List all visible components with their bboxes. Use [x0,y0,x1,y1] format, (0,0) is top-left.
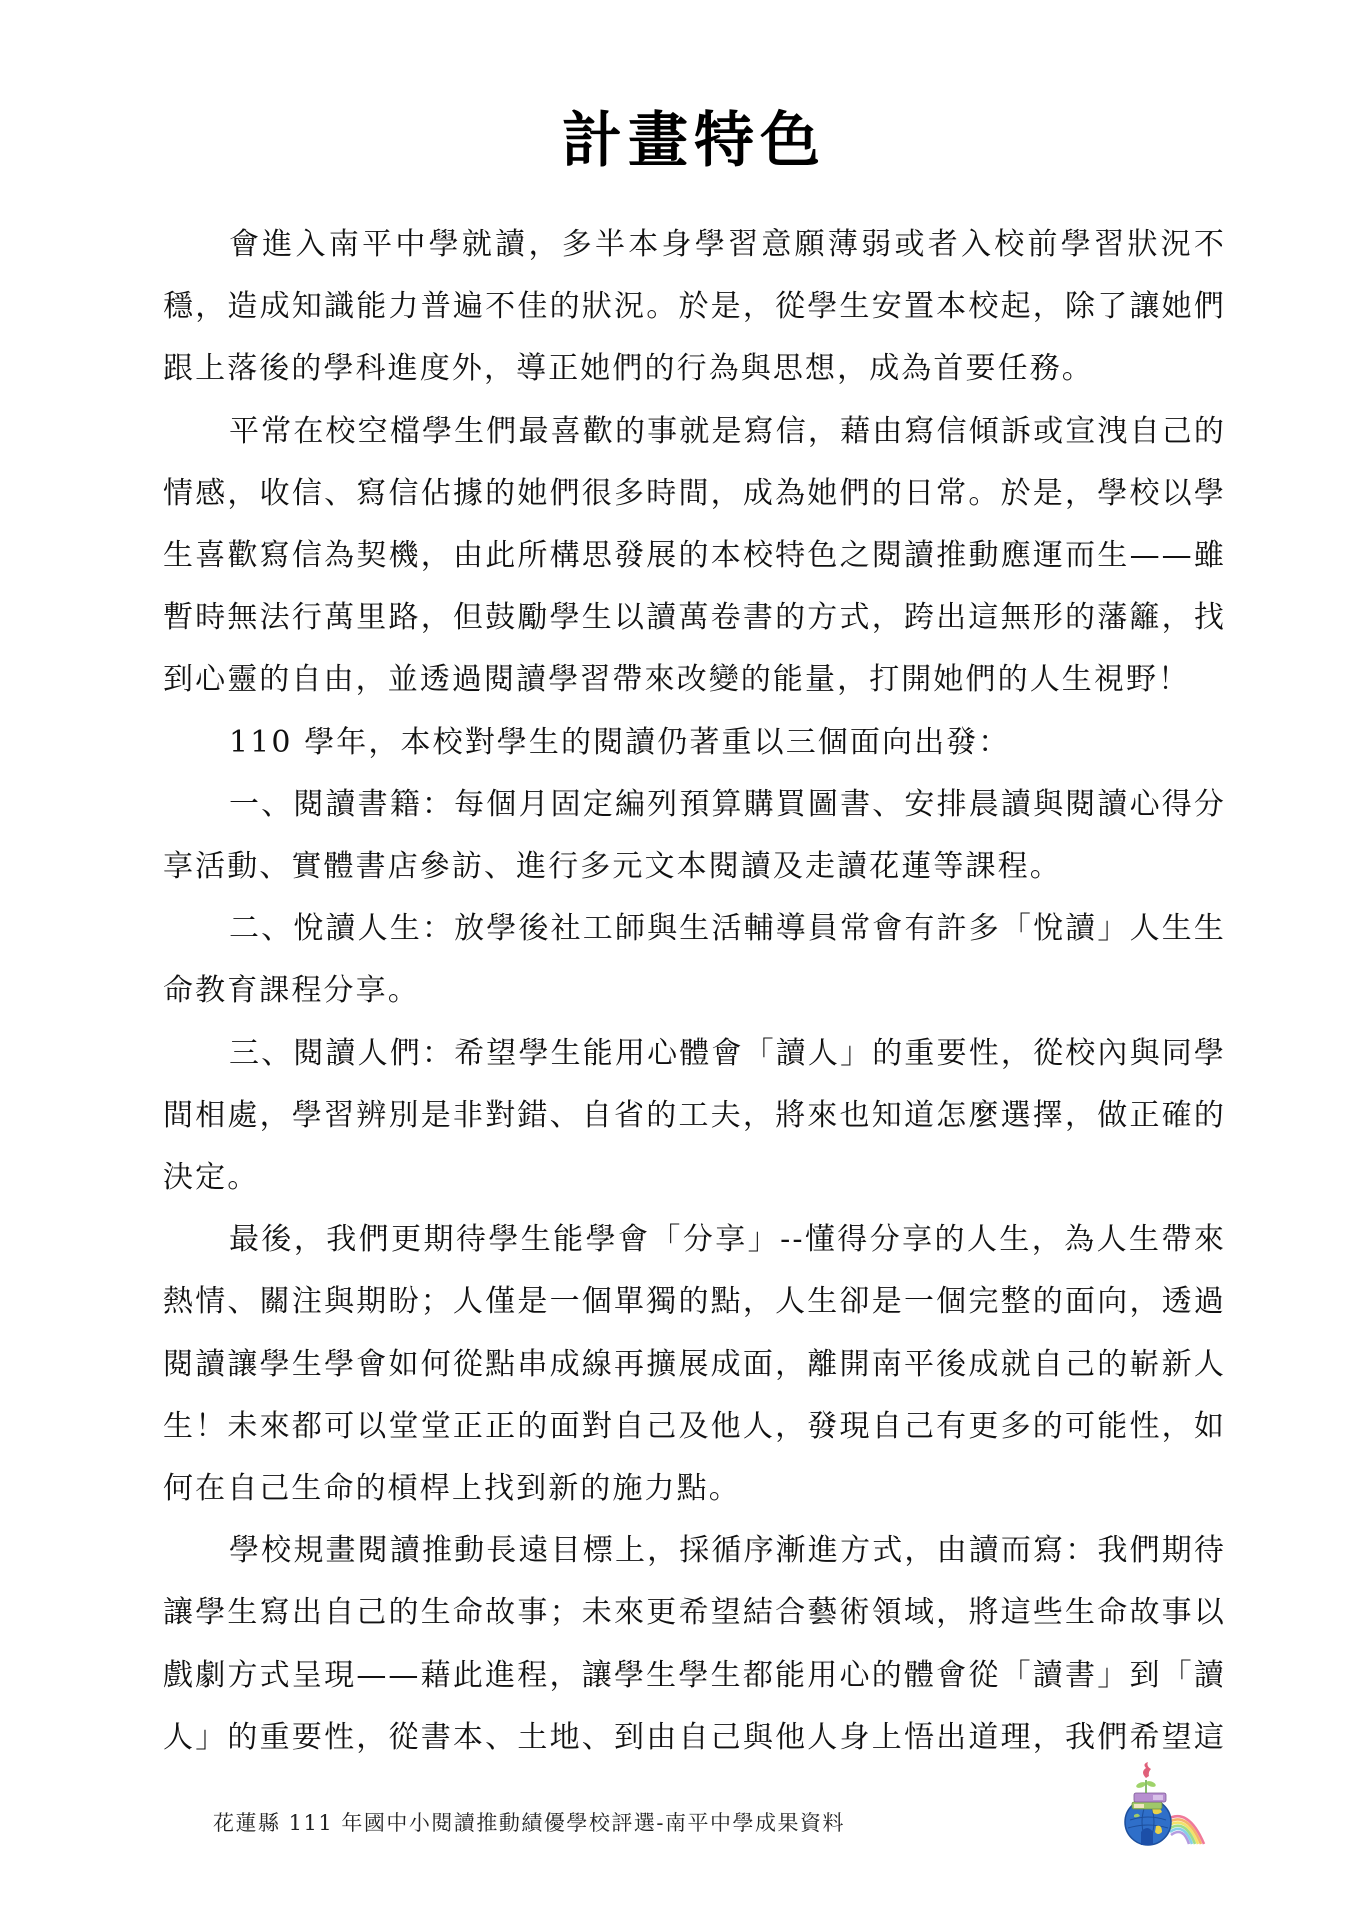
text-line: 一、閱讀書籍：每個月固定編列預算購買圖書、安排晨讀與閱讀心得分 [163,774,1226,836]
text-line: 平常在校空檔學生們最喜歡的事就是寫信，藉由寫信傾訴或宣洩自己的 [163,401,1226,463]
text-line: 讓學生寫出自己的生命故事；未來更希望結合藝術領域，將這些生命故事以 [163,1582,1226,1644]
text-line: 110 學年，本校對學生的閱讀仍著重以三個面向出發： [163,712,1226,774]
text-line: 二、悅讀人生：放學後社工師與生活輔導員常會有許多「悅讀」人生生 [163,898,1226,960]
text-line: 會進入南平中學就讀，多半本身學習意願薄弱或者入校前學習狀況不 [163,214,1226,276]
text-line: 間相處，學習辨別是非對錯、自省的工夫，將來也知道怎麼選擇，做正確的 [163,1085,1226,1147]
page-footer: 花蓮縣 111 年國中小閱讀推動績優學校評選-南平中學成果資料 [213,1808,845,1838]
text-line: 情感，收信、寫信佔據的她們很多時間，成為她們的日常。於是，學校以學 [163,463,1226,525]
paragraph-point-2: 二、悅讀人生：放學後社工師與生活輔導員常會有許多「悅讀」人生生 命教育課程分享。 [163,898,1226,1022]
text-line: 閱讀讓學生學會如何從點串成線再擴展成面，離開南平後成就自己的嶄新人 [163,1334,1226,1396]
text-line: 生喜歡寫信為契機，由此所構思發展的本校特色之閱讀推動應運而生——雖 [163,525,1226,587]
text-line: 暫時無法行萬里路，但鼓勵學生以讀萬卷書的方式，跨出這無形的藩籬，找 [163,587,1226,649]
paragraph-point-1: 一、閱讀書籍：每個月固定編列預算購買圖書、安排晨讀與閱讀心得分 享活動、實體書店… [163,774,1226,898]
text-line: 跟上落後的學科進度外，導正她們的行為與思想，成為首要任務。 [163,338,1226,400]
text-line: 何在自己生命的槓桿上找到新的施力點。 [163,1458,1226,1520]
text-line: 熱情、關注與期盼；人僅是一個單獨的點，人生卻是一個完整的面向，透過 [163,1271,1226,1333]
paragraph-point-3: 三、閱讀人們：希望學生能用心體會「讀人」的重要性，從校內與同學 間相處，學習辨別… [163,1023,1226,1210]
document-page: 計畫特色 會進入南平中學就讀，多半本身學習意願薄弱或者入校前學習狀況不 穩，造成… [0,0,1358,1920]
page-title: 計畫特色 [0,104,1358,178]
text-line: 穩，造成知識能力普遍不佳的狀況。於是，從學生安置本校起，除了讓她們 [163,276,1226,338]
text-line: 享活動、實體書店參訪、進行多元文本閱讀及走讀花蓮等課程。 [163,836,1226,898]
paragraph-intro: 會進入南平中學就讀，多半本身學習意願薄弱或者入校前學習狀況不 穩，造成知識能力普… [163,214,1226,401]
text-line: 戲劇方式呈現——藉此進程，讓學生學生都能用心的體會從「讀書」到「讀 [163,1645,1226,1707]
paragraph-sharing: 最後，我們更期待學生能學會「分享」--懂得分享的人生，為人生帶來 熱情、關注與期… [163,1209,1226,1520]
text-line: 生！未來都可以堂堂正正的面對自己及他人，發現自己有更多的可能性，如 [163,1396,1226,1458]
globe-books-rainbow-icon [1120,1760,1210,1850]
document-body: 會進入南平中學就讀，多半本身學習意願薄弱或者入校前學習狀況不 穩，造成知識能力普… [163,214,1226,1769]
school-logo-icon [1120,1760,1210,1850]
text-line: 決定。 [163,1147,1226,1209]
text-line: 最後，我們更期待學生能學會「分享」--懂得分享的人生，為人生帶來 [163,1209,1226,1271]
text-line: 人」的重要性，從書本、土地、到由自己與他人身上悟出道理，我們希望這 [163,1707,1226,1769]
text-line: 三、閱讀人們：希望學生能用心體會「讀人」的重要性，從校內與同學 [163,1023,1226,1085]
paragraph-letters: 平常在校空檔學生們最喜歡的事就是寫信，藉由寫信傾訴或宣洩自己的 情感，收信、寫信… [163,401,1226,712]
text-line: 學校規畫閱讀推動長遠目標上，採循序漸進方式，由讀而寫：我們期待 [163,1520,1226,1582]
paragraph-year-110: 110 學年，本校對學生的閱讀仍著重以三個面向出發： [163,712,1226,774]
text-line: 到心靈的自由，並透過閱讀學習帶來改變的能量，打開她們的人生視野！ [163,649,1226,711]
paragraph-long-term: 學校規畫閱讀推動長遠目標上，採循序漸進方式，由讀而寫：我們期待 讓學生寫出自己的… [163,1520,1226,1769]
text-line: 命教育課程分享。 [163,960,1226,1022]
